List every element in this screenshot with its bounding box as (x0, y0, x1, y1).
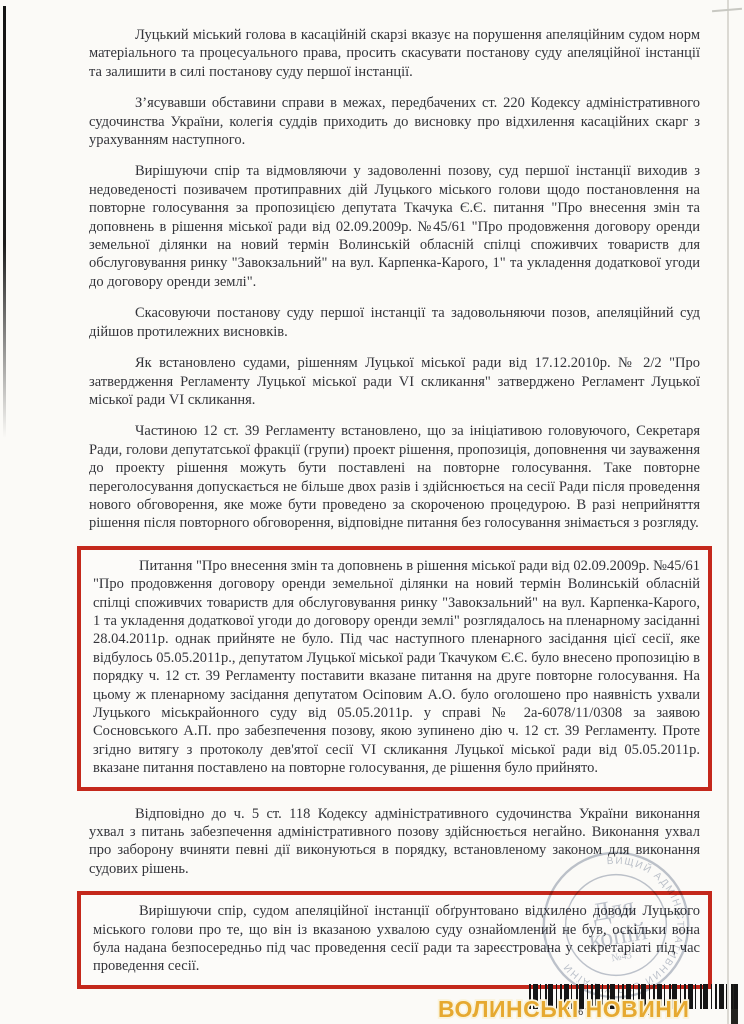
paragraph-regulation-approval: Як встановлено судами, рішенням Луцької … (89, 354, 700, 409)
scan-edge-shadow-left (3, 6, 6, 438)
news-site-watermark: ВОЛИНСЬКІ НОВИНИ (438, 993, 744, 1023)
paragraph-appellate-opposite-conclusion: Скасовуючи постанову суду першої інстанц… (89, 304, 700, 341)
scanned-court-document-page: Луцький міський голова в касаційній скар… (0, 0, 744, 1024)
highlight-box-revote-facts: Питання "Про внесення змін та доповнень … (77, 546, 712, 791)
watermark-text: ВОЛИНСЬКІ НОВИНИ (438, 996, 689, 1022)
highlight-box-appellate-rejection: Вирішуючи спір, судом апеляційної інстан… (77, 891, 712, 989)
paragraph-court-review-scope: З’ясувавши обставини справи в межах, пер… (89, 94, 700, 149)
paragraph-cassation-claims: Луцький міський голова в касаційній скар… (89, 26, 700, 81)
paragraph-revote-facts: Питання "Про внесення змін та доповнень … (93, 557, 700, 778)
scan-edge-line-right (727, 0, 729, 1024)
paragraph-first-instance-reasoning: Вирішуючи спір та відмовляючи у задоволе… (89, 162, 700, 291)
paragraph-code-article-118: Відповідно до ч. 5 ст. 118 Кодексу адмін… (89, 805, 700, 879)
document-body: Луцький міський голова в касаційній скар… (89, 26, 700, 1003)
paragraph-regulation-article-39: Частиною 12 ст. 39 Регламенту встановлен… (89, 422, 700, 532)
paragraph-appellate-rejection: Вирішуючи спір, судом апеляційної інстан… (93, 902, 700, 976)
